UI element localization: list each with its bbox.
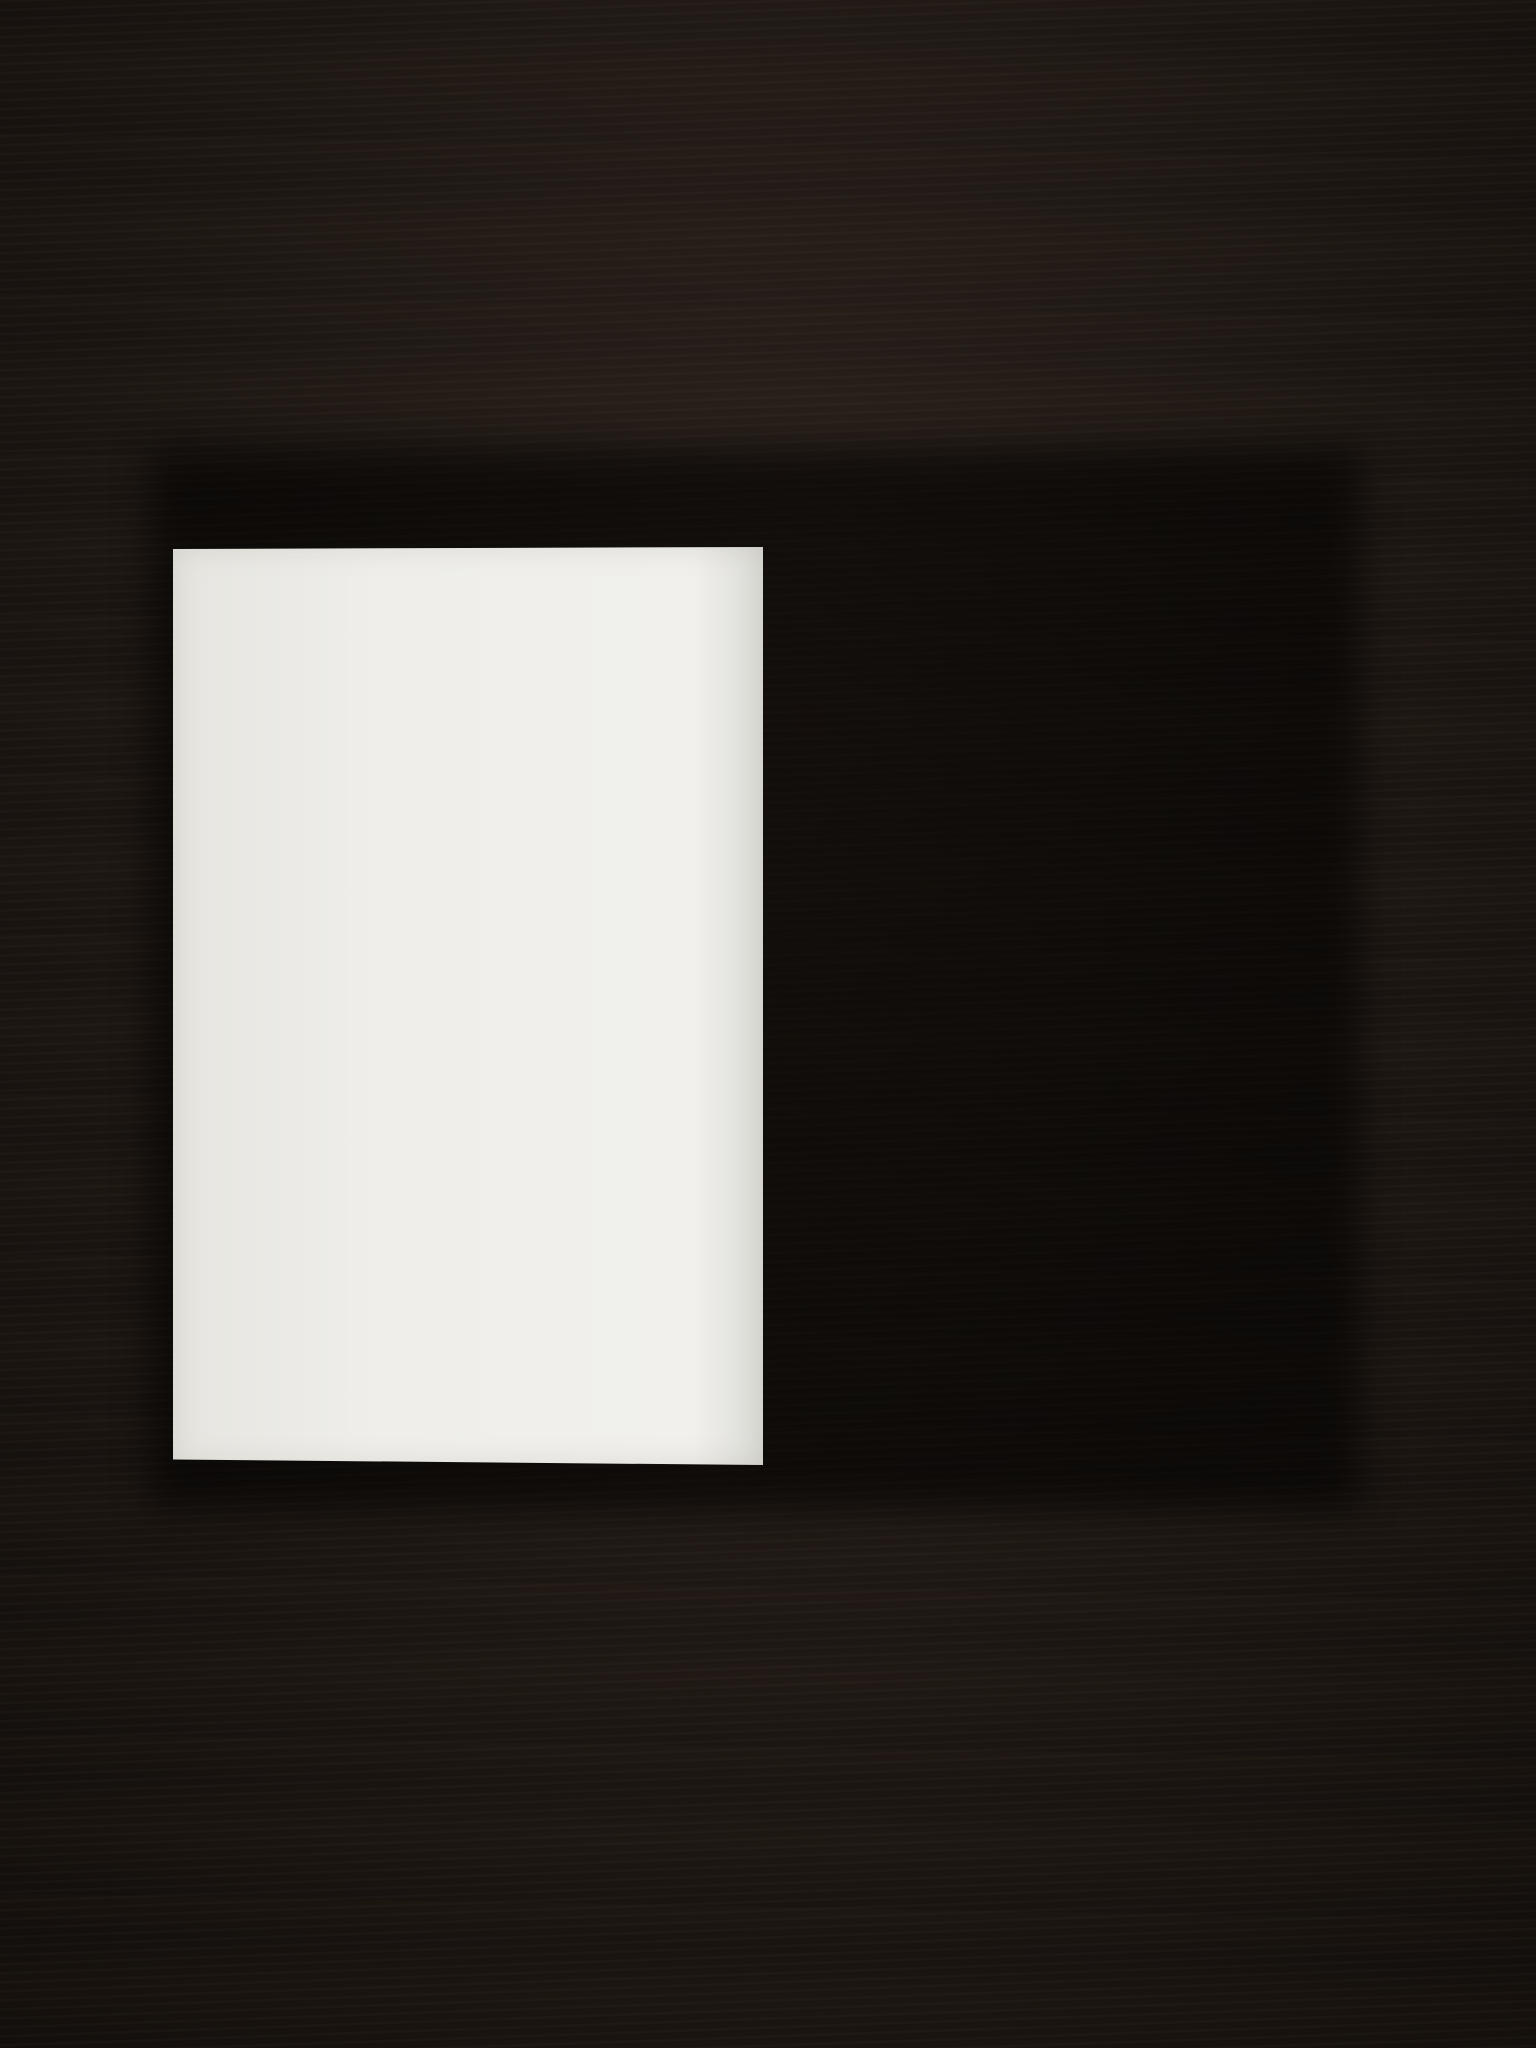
- left-page: [173, 547, 763, 1465]
- open-notebook: [0, 0, 1536, 2048]
